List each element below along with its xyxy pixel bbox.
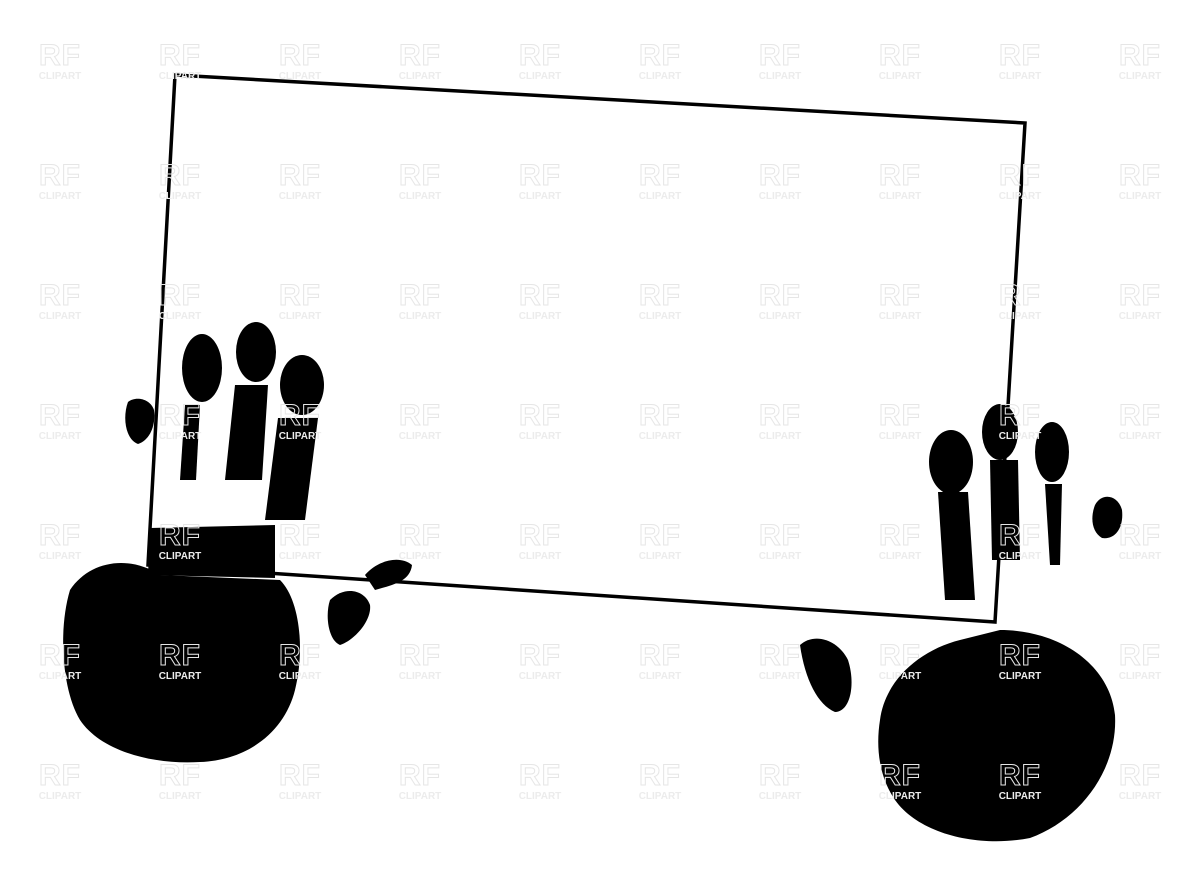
left-handprint: [63, 322, 412, 762]
right-handprint: [800, 404, 1122, 841]
blank-sign: [148, 75, 1025, 622]
handprints-holding-sign-illustration: [0, 0, 1200, 873]
